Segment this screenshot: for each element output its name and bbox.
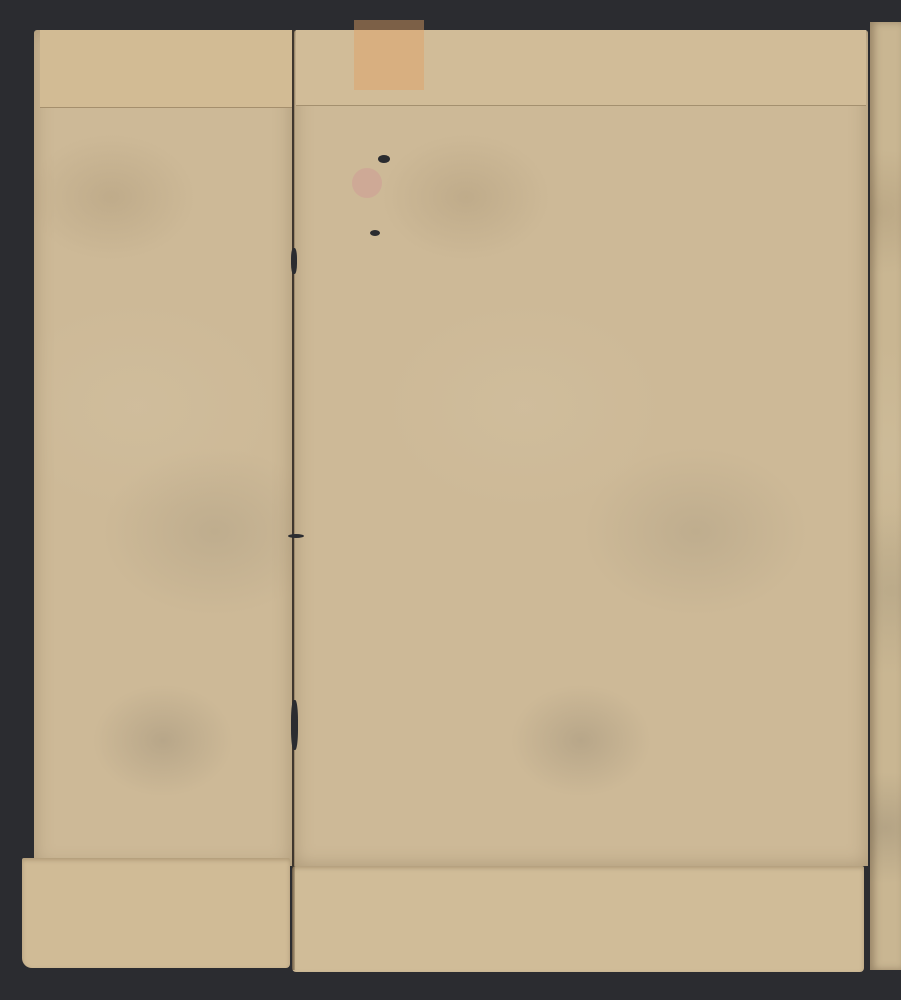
bottom-fold-flap-main [292, 866, 864, 972]
worm-hole [378, 155, 390, 163]
vertical-fold-line [292, 30, 295, 970]
pink-stain [352, 168, 382, 198]
paper-panel-left [34, 30, 292, 866]
fold-tear [288, 534, 304, 538]
fold-tear [291, 248, 297, 274]
bottom-fold-flap-left [22, 858, 290, 968]
orange-tab-mark [354, 20, 424, 90]
top-fold-flap-left [40, 30, 292, 108]
fold-tear [291, 700, 298, 750]
paper-panel-right-edge [870, 22, 901, 970]
document-scan [0, 0, 901, 1000]
worm-hole [370, 230, 380, 236]
